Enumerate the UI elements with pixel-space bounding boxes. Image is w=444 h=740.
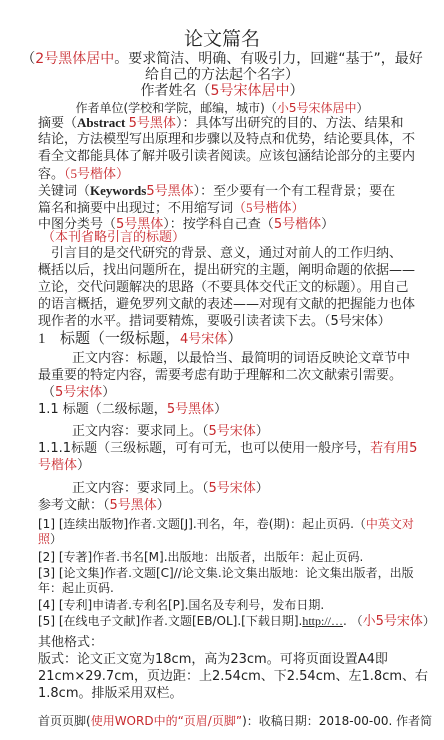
title-font-note: 2号黑体居中 bbox=[35, 51, 114, 67]
section-1-1-1-heading: 1.1.1标题（三级标题，可有可无，也可以使用一般序号，若有用5 bbox=[38, 441, 408, 457]
keywords-line-1: 关键词（Keywords5号黑体）：至少要有一个有工程背景；要在 bbox=[38, 183, 408, 200]
reference-item-3-cont: 年：起止页码. bbox=[38, 580, 408, 596]
intro-line-4: 的语言概括，避免罗列文献的表述——对现有文献的把握能力也体 bbox=[38, 297, 408, 313]
other-formats-line-3: 1.8cm。排版采用双栏。 bbox=[38, 686, 408, 702]
intro-line-5: 现作者的水平。措词要精炼，要吸引读者读下去。（5号宋体） bbox=[38, 314, 408, 330]
abstract-label: 摘要（ bbox=[38, 116, 77, 131]
other-formats-heading: 其他格式： bbox=[38, 635, 408, 651]
section-1-body-1: 正文内容：标题，以最恰当、最简明的词语反映论文章节中 bbox=[38, 351, 408, 367]
other-formats-line-2: 21cm×29.7cm，页边距：上2.54cm、下2.54cm、左1.8cm、右 bbox=[38, 669, 408, 685]
abstract-line-2: 结论，方法模型写出原理和步骤以及特点和优势，结论要具体，不 bbox=[38, 132, 408, 148]
reference-item-1-cont: 照） bbox=[38, 531, 408, 547]
reference-item-4: [4] [专利]申请者.专利名[P].国名及专利号，发布日期. bbox=[38, 597, 408, 613]
references-heading: 参考文献：（5号黑体） bbox=[38, 498, 408, 514]
section-1-font-note: （5号宋体） bbox=[42, 385, 412, 401]
reference-url-link[interactable]: http://… bbox=[302, 614, 343, 628]
section-1-1-body: 正文内容：要求同上。（5号宋体） bbox=[38, 424, 408, 440]
abstract-line-3: 看全文都能具体了解并吸引读者阅读。应该包涵结论部分的主要内 bbox=[38, 149, 408, 165]
section-1-heading: 1标题（一级标题，4号宋体） bbox=[38, 330, 408, 348]
author-affiliation: 作者单位(学校和学院，邮编，城市)（小5号宋体居中） bbox=[0, 100, 444, 116]
abstract-line-1: 摘要（Abstract 5号黑体）：具体写出研究的目的、方法、结果和 bbox=[38, 115, 408, 132]
document-page: 论文篇名 （2号黑体居中。要求简洁、明确、有吸引力，回避“基于”，最好 给自己的… bbox=[0, 0, 444, 740]
section-number: 1 bbox=[38, 331, 60, 347]
abstract-line-4: 容。（5号楷体） bbox=[38, 166, 408, 183]
intro-line-2: 概括以后，找出问题所在，提出研究的主题，阐明命题的依据—— bbox=[38, 263, 408, 279]
reference-item-3: [3] [论文集]作者.文题[C]//论文集.论文集出版地：论文集出版者，出版 bbox=[38, 565, 408, 581]
other-formats-line-1: 版式：论文正文宽为18cm，高为23cm。可将页面设置A4即 bbox=[38, 652, 408, 668]
section-1-1-heading: 1.1 标题（二级标题，5号黑体） bbox=[38, 402, 408, 418]
intro-line-3: 立论，交代问题解决的思路（不要具体交代正文的标题）。用自己 bbox=[38, 280, 408, 296]
author-name: 作者姓名（5号宋体居中） bbox=[0, 83, 444, 99]
title-note-line2: 给自己的方法起个名字） bbox=[0, 67, 444, 83]
section-1-body-2: 最重要的特定内容，需要考虑有助于理解和二次文献索引需要。 bbox=[38, 368, 408, 384]
reference-item-2: [2] [专著]作者.书名[M].出版地：出版者，出版年：起止页码. bbox=[38, 549, 408, 565]
section-1-1-1-heading-cont: 号楷体） bbox=[38, 458, 408, 474]
keywords-label: 关键词（ bbox=[38, 184, 90, 199]
title-note-line1: （2号黑体居中。要求简洁、明确、有吸引力，回避“基于”，最好 bbox=[0, 51, 444, 67]
reference-item-1: [1] [连续出版物]作者.文题[J].刊名，年，卷(期)：起止页码.（中英文对 bbox=[38, 516, 408, 532]
section-1-1-1-body: 正文内容：要求同上。（5号宋体） bbox=[38, 481, 408, 497]
paper-title: 论文篇名 bbox=[0, 28, 444, 50]
intro-line-1: 引言目的是交代研究的背景、意义，通过对前人的工作归纳、 bbox=[38, 246, 408, 262]
reference-item-5: [5] [在线电子文献]作者.文题[EB/OL].[下载日期].http://…… bbox=[38, 613, 408, 630]
keywords-line-2: 篇名和摘要中出现过；不用缩写词（5号楷体） bbox=[38, 200, 408, 217]
abstract-font-note: （5号楷体） bbox=[64, 166, 129, 181]
intro-heading-note: （本刊省略引言的标题） bbox=[42, 230, 412, 246]
